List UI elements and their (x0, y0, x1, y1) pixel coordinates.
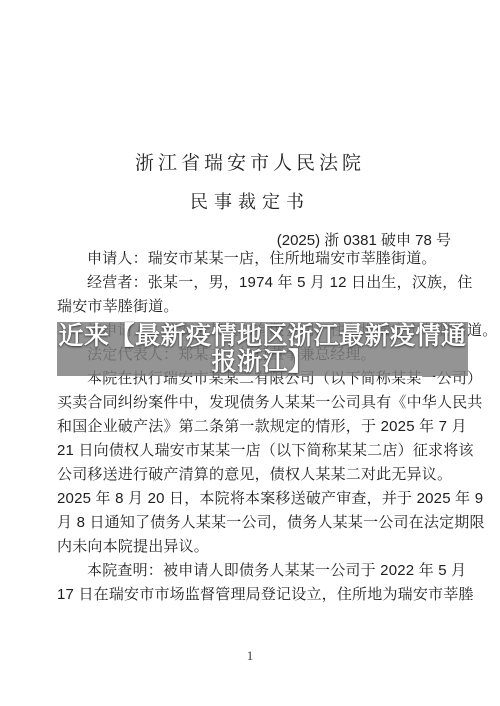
document-line: 买卖合同纠纷案件中，发现债务人某某一公司具有《中华人民共 (57, 391, 463, 415)
document-line: 21 日向债权人瑞安市某某一店（以下简称某某二店）征求将该 (57, 439, 463, 463)
document-line: 瑞安市莘塍街道。 (57, 295, 463, 319)
caption-overlay-line2: 报浙江】 (211, 349, 313, 375)
document-line: 本院查明：被申请人即债务人某某一公司于 2022 年 5 月 (57, 559, 463, 583)
caption-overlay-banner: 近来【最新疫情地区浙江最新疫情通 报浙江】 (57, 322, 468, 376)
page-number: 1 (0, 648, 500, 664)
document-line: 和国企业破产法》第二条第一款规定的情形，于 2025 年 7 月 (57, 415, 463, 439)
caption-overlay-line1: 近来【最新疫情地区浙江最新疫情通 (58, 323, 466, 349)
document-line: 2025 年 8 月 20 日，本院将本案移送破产审查，并于 2025 年 9 (57, 487, 463, 511)
document-line: 17 日在瑞安市市场监督管理局登记设立，住所地为瑞安市莘塍 (57, 583, 463, 607)
document-line: 经营者：张某一，男，1974 年 5 月 12 日出生，汉族，住 (57, 271, 463, 295)
document-line: 月 8 日通知了债务人某某一公司，债务人某某一公司在法定期限 (57, 511, 463, 535)
document-line: 申请人：瑞安市某某一店，住所地瑞安市莘塍街道。 (57, 247, 463, 271)
court-title: 浙江省瑞安市人民法院 (0, 148, 500, 175)
document-line: 内未向本院提出异议。 (57, 535, 463, 559)
document-body: 申请人：瑞安市某某一店，住所地瑞安市莘塍街道。经营者：张某一，男，1974 年 … (57, 247, 463, 607)
document-type-title: 民事裁定书 (0, 188, 500, 214)
document-line: 公司移送进行破产清算的意见，债权人某某二对此无异议。 (57, 463, 463, 487)
document-page: 浙江省瑞安市人民法院 民事裁定书 (2025) 浙 0381 破申 78 号 申… (0, 0, 500, 706)
